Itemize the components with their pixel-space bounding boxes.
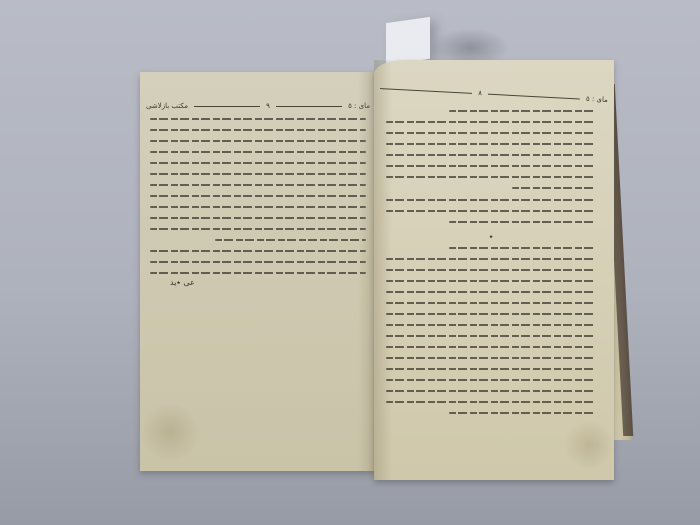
left-page-header: مکتب بازلاشی ٩ مای : ٥	[146, 100, 370, 112]
right-page: ٨ مای : ٥ ٭	[374, 60, 614, 480]
left-page-number: ٩	[266, 102, 270, 110]
paper-bookmark	[386, 17, 430, 65]
header-rule	[194, 106, 260, 107]
left-page: مکتب بازلاشی ٩ مای : ٥ عی ٭ید	[140, 72, 376, 471]
header-rule	[276, 106, 342, 107]
header-rule	[488, 93, 580, 99]
left-page-signature: عی ٭ید	[170, 278, 195, 287]
page-stain	[564, 420, 614, 470]
left-header-date: مای : ٥	[348, 102, 370, 110]
section-mark: ٭	[386, 232, 596, 241]
right-page-number: ٨	[478, 89, 482, 97]
photo-scene: مکتب بازلاشی ٩ مای : ٥ عی ٭ید ٨ مای : ٥	[0, 0, 700, 525]
right-page-header: ٨ مای : ٥	[380, 82, 608, 106]
right-page-text: ٭	[386, 110, 596, 423]
left-header-title: مکتب بازلاشی	[146, 102, 188, 110]
right-header-date: مای : ٥	[586, 95, 608, 104]
header-rule	[380, 88, 472, 94]
left-page-text	[150, 118, 366, 283]
page-stain	[140, 402, 200, 462]
